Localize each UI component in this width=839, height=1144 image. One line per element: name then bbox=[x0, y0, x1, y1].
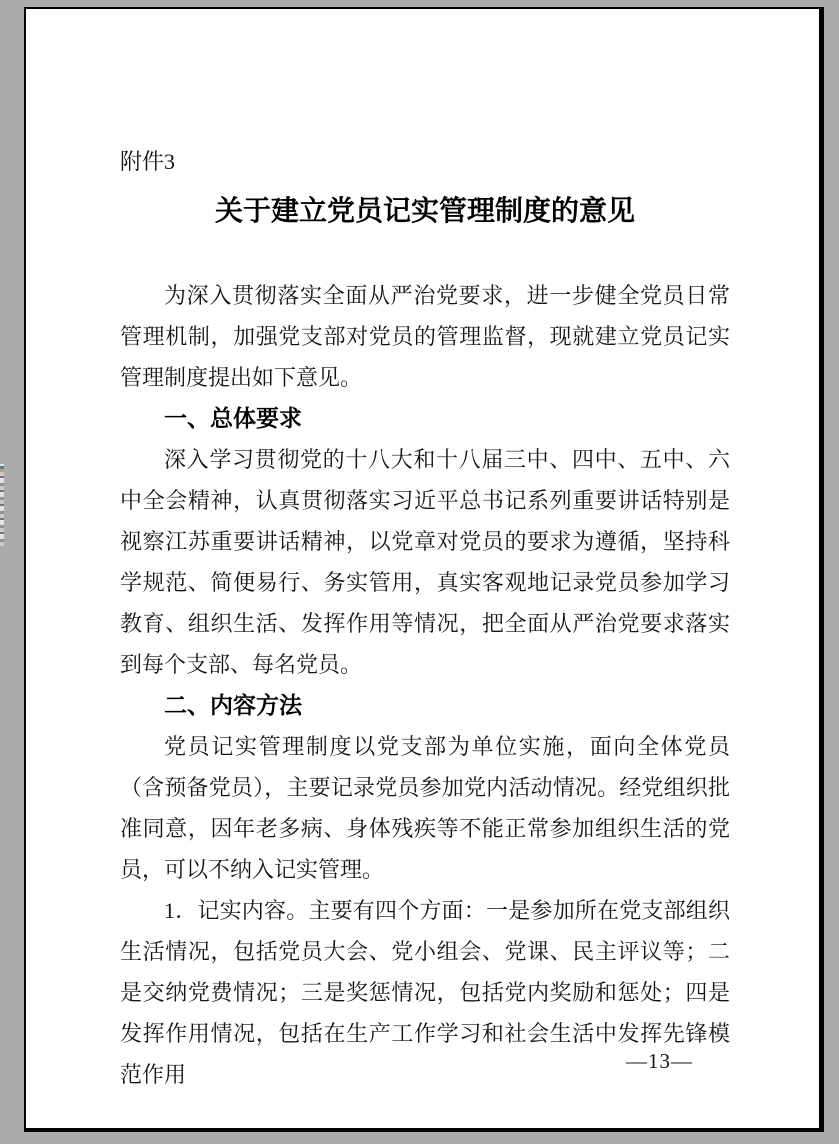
body-paragraph: 党员记实管理制度以党支部为单位实施，面向全体党员（含预备党员），主要记录党员参加… bbox=[120, 726, 730, 890]
attachment-label: 附件3 bbox=[120, 147, 730, 177]
document-page: 附件3 关于建立党员记实管理制度的意见 为深入贯彻落实全面从严治党要求，进一步健… bbox=[24, 7, 824, 1132]
body-paragraph: 为深入贯彻落实全面从严治党要求，进一步健全党员日常管理机制，加强党支部对党员的管… bbox=[120, 275, 730, 398]
viewer-background: 附件3 关于建立党员记实管理制度的意见 为深入贯彻落实全面从严治党要求，进一步健… bbox=[0, 0, 839, 1144]
document-content: 附件3 关于建立党员记实管理制度的意见 为深入贯彻落实全面从严治党要求，进一步健… bbox=[120, 147, 730, 1095]
body-paragraph: 深入学习贯彻党的十八大和十八届三中、四中、五中、六中全会精神，认真贯彻落实习近平… bbox=[120, 439, 730, 685]
page-number: —13— bbox=[626, 1047, 693, 1075]
section-heading-2: 二、内容方法 bbox=[120, 685, 730, 726]
section-heading-1: 一、总体要求 bbox=[120, 398, 730, 439]
left-edge-window-sliver bbox=[0, 464, 4, 546]
document-title: 关于建立党员记实管理制度的意见 bbox=[120, 193, 730, 231]
